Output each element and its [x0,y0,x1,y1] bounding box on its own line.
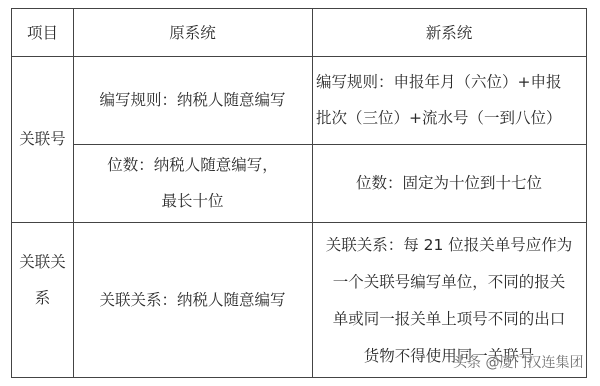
header-new-system: 新系统 [312,9,586,56]
cell-original-coding-rule: 编写规则：纳税人随意编写 [73,56,312,144]
header-item: 项目 [12,9,73,56]
cell-original-digits: 位数：纳税人随意编写， 最长十位 [73,144,312,222]
watermark: 头条 @厦门汉连集团 [453,352,583,372]
cell-new-digits: 位数：固定为十位到十七位 [312,144,586,222]
cell-new-coding-rule: 编写规则：申报年月（六位）+申报 批次（三位）+流水号（一到八位） [312,56,586,144]
cell-original-relation: 关联关系：纳税人随意编写 [73,222,312,377]
comparison-table: 项目 原系统 新系统 关联号 编写规则：纳税人随意编写 编写规则：申报年月（六位… [11,8,587,378]
row-label-association-number: 关联号 [12,56,73,222]
header-original-system: 原系统 [73,9,312,56]
row-label-association-relation: 关联关 系 [12,222,73,377]
